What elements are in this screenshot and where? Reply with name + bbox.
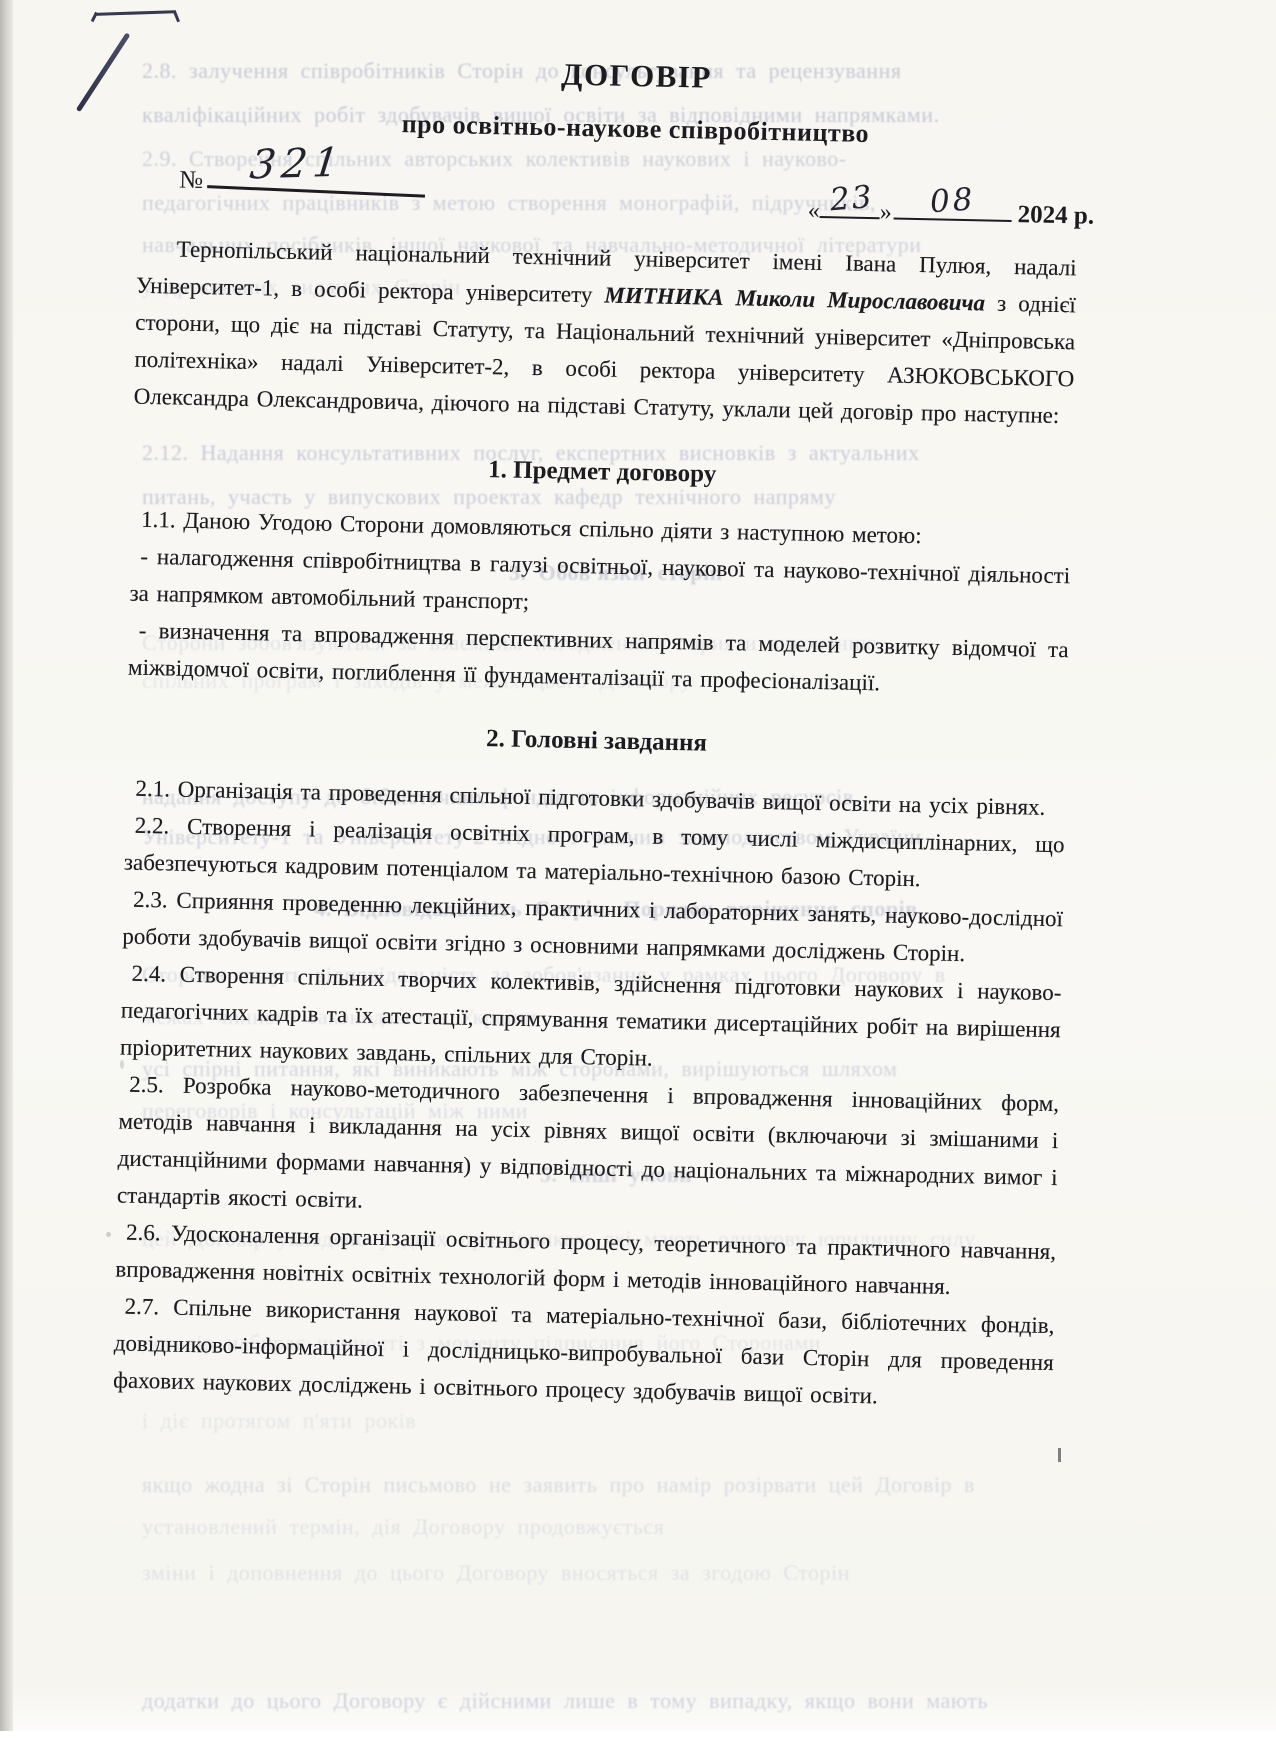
contract-number-handwritten: 321 [247,140,347,189]
bleedthrough-line: якщо жодна зі Сторін письмово не заявить… [142,1472,1090,1498]
date-day-underline: 23 [820,188,881,219]
contract-paragraph: 2.4. Створення спільних творчих колектив… [120,955,1062,1086]
scan-speck [120,1060,124,1069]
sections-container: 1. Предмет договору1.1. Даною Угодою Сто… [0,446,1266,1423]
bleedthrough-line: додатки до цього Договору є дійсними лиш… [142,1688,1090,1714]
pen-mark-bracket-stroke [95,10,175,15]
preamble-segment: МИТНИКА Миколи Мирославовича [604,282,985,315]
contract-date-row: «23»082024 р. [807,188,1094,231]
date-open-quote: « [807,198,820,224]
bleedthrough-line: установлений термін, дія Договору продов… [142,1514,1090,1540]
date-day-handwritten: 23 [829,179,875,219]
document-content: ДОГОВІР про освітньо-наукове співробітни… [0,0,1276,1422]
bleedthrough-line: зміни і доповнення до цього Договору вно… [142,1560,1090,1586]
contract-paragraph: 2.7. Спільне використання наукової та ма… [113,1287,1055,1418]
date-close-quote: » [879,199,892,225]
contract-number-underline: 321 [207,151,426,197]
contract-paragraph: 2.5. Розробка науково-методичного забезп… [117,1065,1060,1233]
preamble-paragraph: Тернопільський національний технічний ун… [133,230,1077,435]
date-year: 2024 р. [1017,201,1094,230]
section-heading: 1. Предмет договору [132,449,1072,497]
section-heading: 2. Головні завдання [126,718,1066,766]
scanned-contract-page: 2.8. залучення співробітників Сторін до … [0,0,1276,1755]
date-month-handwritten: 08 [929,181,977,220]
scan-speck [1058,1448,1061,1462]
document-title: ДОГОВІР [0,45,1275,108]
date-month-underline: 08 [894,190,1013,222]
contract-number-label: № [179,167,203,194]
contract-number-row: №321 [179,151,1273,228]
document-subtitle: про освітньо-наукове співробітництво [0,101,1274,158]
scan-speck [106,1232,111,1237]
scan-left-edge [0,0,13,1735]
scan-bottom-strip [0,1731,1276,1755]
